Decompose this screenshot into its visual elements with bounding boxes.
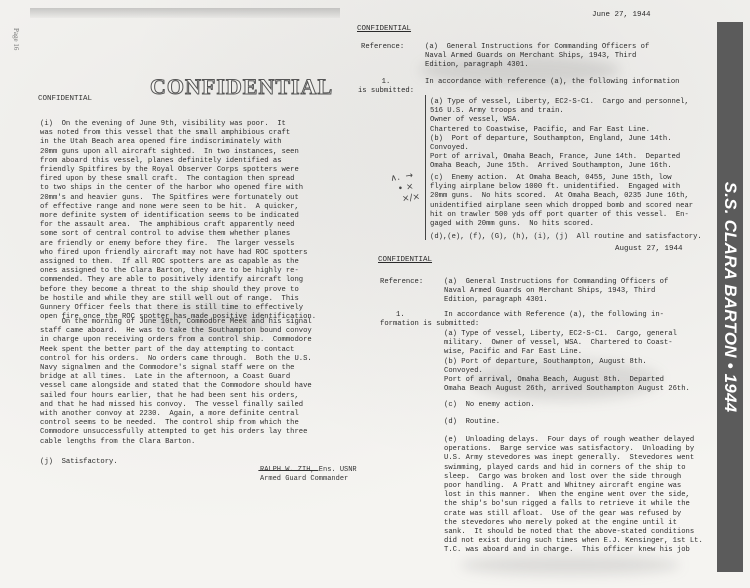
document-page: Page 16 CONFIDENTIAL CONFIDENTIAL (i) On…: [0, 0, 750, 588]
report1-intro: In accordance with reference (a), the fo…: [425, 78, 679, 87]
report2-item-number: 1.: [396, 311, 405, 319]
report2-body-ab: (a) Type of vessel, Liberty, EC2-S-C1. C…: [444, 330, 690, 394]
scan-smudge: [460, 555, 680, 575]
confidential-header: CONFIDENTIAL: [38, 95, 92, 103]
paragraph-commodore: On the morning of June 10th, Commodore M…: [40, 318, 340, 447]
report1-item-label: 1. is submitted:: [355, 78, 417, 96]
report1-header: CONFIDENTIAL: [357, 25, 411, 33]
report2-body-c: (c) No enemy action.: [444, 401, 535, 410]
handwritten-margin-note: ∧. → ∙ × ×/×: [390, 170, 421, 206]
report2-body-d: (d) Routine.: [444, 418, 500, 427]
margin-line: [425, 95, 426, 240]
side-title: S.S. CLARA BARTON • 1944: [720, 182, 740, 413]
signature-title: Armed Guard Commander: [260, 475, 357, 484]
signature-name: RALPH W. ZIH, Ens. USNR: [260, 466, 357, 475]
confidential-stamp: CONFIDENTIAL: [150, 74, 333, 100]
report2-body-e: (e) Unloading delays. Four days of rough…: [444, 436, 703, 556]
report1-body-dj: (d),(e), (f), (G), (h), (i), (j) All rou…: [430, 233, 702, 242]
report2-date: August 27, 1944: [615, 245, 683, 253]
report2-reference-text: (a) General Instructions for Commanding …: [444, 278, 668, 306]
report2-reference-label: Reference:: [380, 278, 423, 286]
report1-body-c: (c) Enemy action. At Omaha Beach, 0455, …: [430, 174, 693, 229]
paragraph-i: (i) On the evening of June 9th, visibili…: [40, 120, 340, 322]
report2-intro-continued: formation is submitted:: [380, 320, 479, 329]
report2-header: CONFIDENTIAL: [378, 256, 432, 264]
report1-reference-label: Reference:: [361, 43, 404, 51]
signature-block: RALPH W. ZIH, Ens. USNR Armed Guard Comm…: [260, 466, 357, 483]
report1-body-ab: (a) Type of vessel, Liberty, EC2-S-C1. C…: [430, 98, 689, 172]
report1-date: June 27, 1944: [592, 11, 651, 19]
report2-intro: In accordance with Reference (a), the fo…: [444, 311, 664, 320]
report1-reference-text: (a) General Instructions for Commanding …: [425, 43, 649, 71]
scan-shadow: [30, 8, 340, 18]
page-number: Page 16: [12, 28, 20, 50]
